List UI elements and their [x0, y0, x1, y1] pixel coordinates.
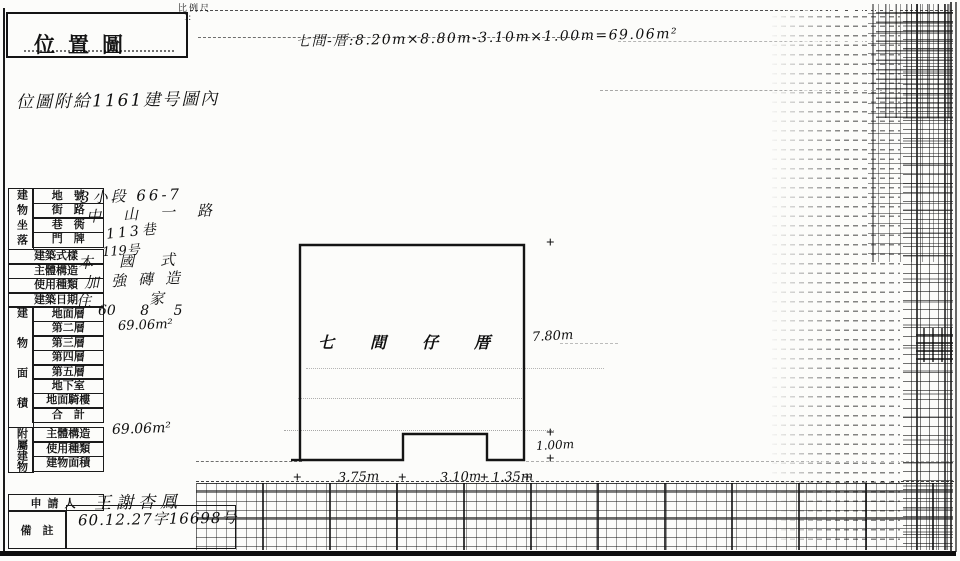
row-label-remark: 備 註	[8, 511, 66, 549]
grid-heavy-vline	[944, 4, 946, 550]
graph-paper-mid-patch	[916, 328, 953, 362]
graph-paper-right-corner	[876, 4, 953, 118]
dim-tick-notch-top: +	[546, 425, 555, 442]
scale-value: 1:	[184, 12, 191, 22]
title-underline	[24, 50, 174, 52]
scan-dash-line	[298, 398, 524, 399]
dim-notch-height: 1.00m	[536, 437, 575, 453]
page-title: 位置圖	[34, 29, 136, 59]
value-total-area: 69.06m²	[112, 420, 171, 438]
row-label-annex-area: 建物面積	[32, 456, 104, 472]
top-left-note: 位圖附給1161建号圖內	[16, 84, 220, 113]
value-ground-floor-area: 69.06m²	[118, 317, 173, 334]
row-label-total: 合 計	[32, 407, 104, 423]
scan-dash-line	[560, 343, 618, 344]
scan-dash-line	[284, 430, 554, 431]
scan-dash-line	[198, 37, 590, 38]
group-label-annex: 附屬建物	[8, 427, 34, 473]
grid-heavy-line	[196, 490, 953, 492]
left-border-line	[3, 8, 5, 552]
grid-heavy-vline	[872, 4, 874, 262]
building-info-table: 建物坐落 地 號 街 路 巷 衖 門 牌 建築式樣 主體構造 使用種類 建築日期…	[8, 190, 104, 473]
group-label-location: 建物坐落	[8, 188, 34, 250]
grid-heavy-line	[196, 517, 953, 519]
dim-tick-notch-bottom: +	[546, 451, 555, 468]
scale-label: 比例尺	[178, 1, 211, 14]
dim-tick-top-right: +	[546, 235, 555, 252]
scanned-survey-sheet: 位置圖 比例尺 1: 位圖附給1161建号圖內 七間-厝:8.20m×8.80m…	[0, 0, 960, 561]
grid-heavy-vline	[950, 2, 952, 552]
group-label-area: 建物面積	[8, 306, 34, 428]
grid-heavy-vline	[916, 4, 918, 550]
row-label-house-no: 門 牌	[32, 232, 104, 248]
bottom-bar	[0, 551, 956, 556]
section-annex: 附屬建物 主體構造 使用種類 建物面積	[8, 427, 104, 473]
scan-dash-line	[196, 461, 302, 462]
building-label: 七間仔厝	[318, 330, 526, 353]
right-border-line	[955, 2, 957, 552]
section-floor-area: 建物面積 地面層 第二層 第三層 第四層 第五層 地下室 地面騎樓 合 計	[8, 306, 104, 428]
scan-dash-line	[306, 368, 604, 369]
